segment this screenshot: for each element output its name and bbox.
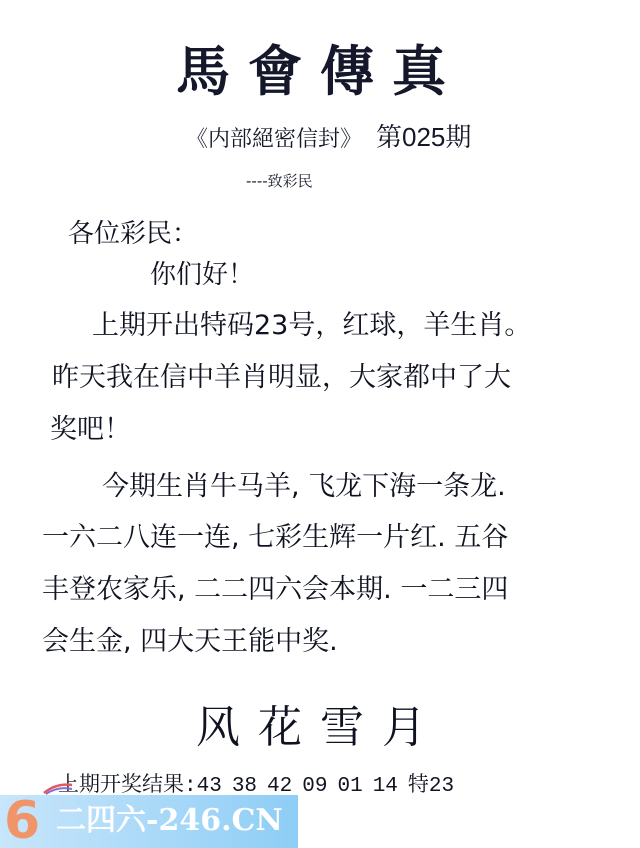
paragraph1-line: 奖吧！: [50, 410, 131, 450]
paragraph2-line: 今期生肖牛马羊, 飞龙下海一条龙.: [102, 467, 506, 507]
slogan: 风花雪月: [0, 698, 640, 758]
site-watermark: 6 二四六-246.CN: [0, 795, 298, 848]
paragraph1-line: 昨天我在信中羊肖明显，大家都中了大: [52, 358, 511, 398]
special-number: 特23: [408, 775, 454, 798]
swoosh-icon: [42, 781, 74, 795]
subtitle-label: 《内部絕密信封》: [186, 127, 362, 152]
hello-line: 你们好！: [150, 255, 254, 295]
paragraph2-line: 丰登农家乐, 二二四六会本期. 一二三四: [42, 570, 508, 610]
greeting: 各位彩民：: [68, 214, 198, 254]
paragraph2-line: 一六二八连一连, 七彩生辉一片红. 五谷: [42, 518, 508, 558]
addressee-line: ----致彩民: [246, 170, 313, 192]
subtitle: 《内部絕密信封》第025期: [186, 120, 471, 157]
logo-six-icon: 6: [4, 793, 40, 848]
result-number: 01: [337, 775, 362, 798]
result-number: 09: [302, 775, 327, 798]
result-number: 14: [373, 775, 398, 798]
page-title: 馬會傳真: [0, 36, 640, 106]
paragraph2-line: 会生金, 四大天王能中奖.: [42, 622, 338, 662]
issue-number: 第025期: [376, 122, 471, 152]
paragraph1-line: 上期开出特码23号，红球，羊生肖。: [92, 306, 531, 346]
watermark-text: 二四六-246.CN: [56, 801, 283, 841]
